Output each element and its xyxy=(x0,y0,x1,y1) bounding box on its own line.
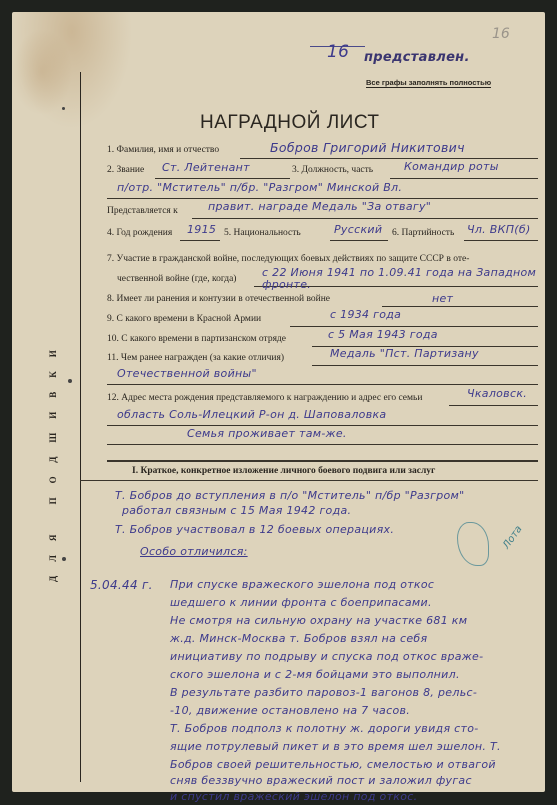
field-party-value: Чл. ВКП(б) xyxy=(467,223,531,236)
narrative-line: Т. Бобров участвовал в 12 боевых операци… xyxy=(115,523,394,536)
handwritten-number: 16 xyxy=(327,42,349,62)
field-war-participation-value: с 22 Июня 1941 по 1.09.41 года на Западн… xyxy=(262,267,542,291)
narrative-line: работал связным с 15 Мая 1942 года. xyxy=(122,504,351,517)
entry-line: сняв беззвучно вражеский пост и заложил … xyxy=(170,774,472,787)
entry-line: Не смотря на сильную охрану на участке 6… xyxy=(170,614,467,627)
award-sheet-paper: 16 16 представлен. Все графы заполнять п… xyxy=(12,12,545,792)
field-war-participation-label: 7. Участие в гражданской войне, последую… xyxy=(107,254,469,264)
field-position-value: Командир роты xyxy=(404,160,499,173)
field-nationality-value: Русский xyxy=(334,223,382,236)
narrative-distinguished: Особо отличился: xyxy=(140,545,248,558)
field-previous-awards-label: 11. Чем ранее награжден (за какие отличи… xyxy=(107,353,284,363)
entry-date: 5.04.44 г. xyxy=(90,578,153,592)
entry-line: -10, движение остановлено на 7 часов. xyxy=(170,704,410,717)
field-rank-value: Ст. Лейтенант xyxy=(162,161,250,174)
entry-line: и спустил вражеский эшелон под откос. xyxy=(170,790,417,803)
top-note: представлен. xyxy=(364,50,470,65)
field-family-residence-value: Семья проживает там-же. xyxy=(187,427,347,440)
field-position-label: 3. Должность, часть xyxy=(292,165,373,175)
field-proposal-label: Представляется к xyxy=(107,206,178,216)
entry-line: ж.д. Минск-Москва т. Бобров взял на себя xyxy=(170,632,427,645)
field-partisan-since-value: с 5 Мая 1943 года xyxy=(328,328,438,341)
field-name-label: 1. Фамилия, имя и отчество xyxy=(107,145,219,155)
field-address-value-cont: область Соль-Илецкий Р-он д. Шаповаловка xyxy=(117,408,386,421)
field-birth-year-label: 4. Год рождения xyxy=(107,228,172,238)
punch-hole xyxy=(62,557,66,561)
entry-line: шедшего к линии фронта с боеприпасами. xyxy=(170,596,432,609)
field-rank-label: 2. Звание xyxy=(107,165,144,175)
entry-line: Т. Бобров подполз к полотну ж. дороги ув… xyxy=(170,722,479,735)
field-unit-value: п/отр. "Мститель" п/бр. "Разгром" Минско… xyxy=(117,181,402,194)
filing-margin-label: ДЛЯ ПОДШИВКИ xyxy=(48,222,58,582)
entry-line: инициативу по подрыву и спуска под откос… xyxy=(170,650,483,663)
field-wounds-label: 8. Имеет ли ранения и контузии в отечест… xyxy=(107,294,330,304)
margin-rule xyxy=(80,72,81,782)
field-army-since-value: с 1934 года xyxy=(330,308,401,321)
field-previous-awards-value: Медаль "Пст. Партизану xyxy=(330,347,479,360)
narrative-line: Т. Бобров до вступления в п/о "Мститель"… xyxy=(115,489,465,502)
field-war-participation-label-cont: чественной войне (где, когда) xyxy=(117,274,236,284)
field-partisan-since-label: 10. С какого времени в партизанском отря… xyxy=(107,334,286,344)
field-previous-awards-value-cont: Отечественной войны" xyxy=(117,367,257,380)
field-party-label: 6. Партийность xyxy=(392,228,454,238)
archive-page-number: 16 xyxy=(492,26,510,42)
entry-line: ящие потрулевый пикет и в это время шел … xyxy=(170,740,501,753)
field-birth-year-value: 1915 xyxy=(187,223,216,236)
entry-line: ского эшелона и с 2-мя бойцами это выпол… xyxy=(170,668,460,681)
field-proposal-value: правит. награде Медаль "За отвагу" xyxy=(208,200,431,213)
document-title: НАГРАДНОЙ ЛИСТ xyxy=(200,112,380,134)
entry-line: В результате разбито паровоз-1 вагонов 8… xyxy=(170,686,477,699)
stamp-text: Лота xyxy=(501,524,525,551)
field-address-label: 12. Адрес места рождения представляемого… xyxy=(107,393,422,403)
field-name-value: Бобров Григорий Никитович xyxy=(270,140,465,155)
punch-hole xyxy=(68,379,72,383)
punch-hole xyxy=(62,107,65,110)
instruction-text: Все графы заполнять полностью xyxy=(366,78,491,88)
section-heading: I. Краткое, конкретное изложение личного… xyxy=(132,466,435,476)
field-address-value: Чкаловск. xyxy=(467,387,527,400)
field-army-since-label: 9. С какого времени в Красной Армии xyxy=(107,314,261,324)
entry-line: Бобров своей решительностью, смелостью и… xyxy=(170,758,496,771)
signature-mark xyxy=(457,522,489,566)
field-wounds-value: нет xyxy=(432,292,453,305)
field-nationality-label: 5. Национальность xyxy=(224,228,301,238)
entry-line: При спуске вражеского эшелона под откос xyxy=(170,578,434,591)
